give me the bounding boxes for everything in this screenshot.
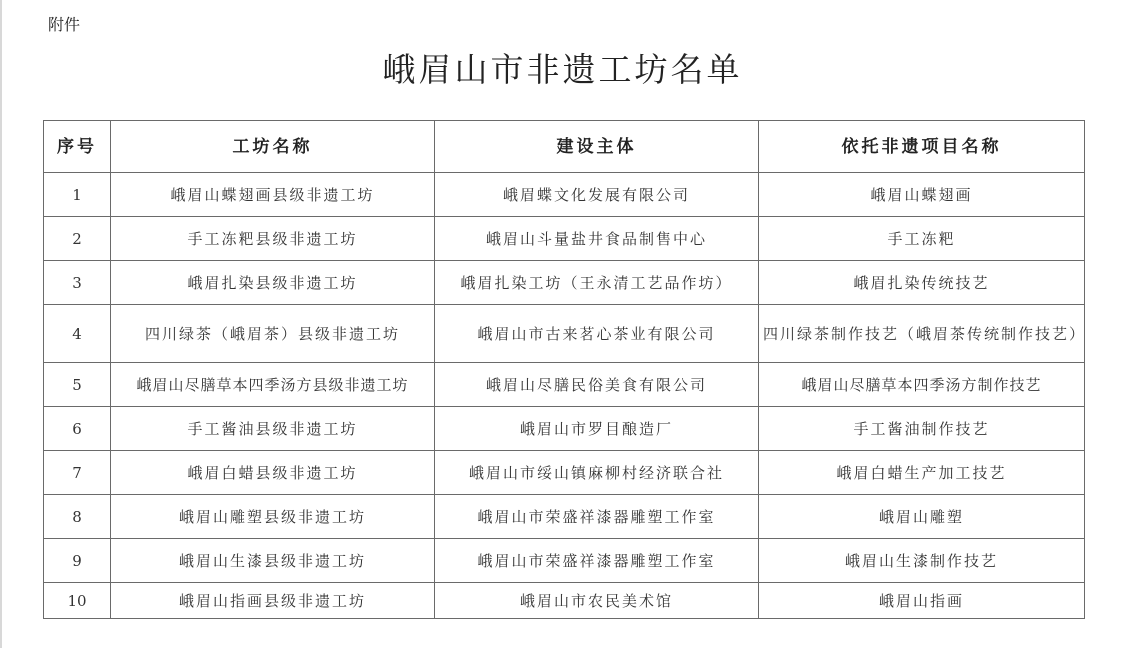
workshop-name: 四川绿茶（峨眉茶）县级非遗工坊 (111, 305, 435, 363)
row-number: 2 (44, 217, 111, 261)
row-number: 4 (44, 305, 111, 363)
table-row: 1 峨眉山蝶翅画县级非遗工坊 峨眉蝶文化发展有限公司 峨眉山蝶翅画 (44, 173, 1085, 217)
heritage-project: 峨眉山指画 (759, 583, 1085, 619)
table-row: 7 峨眉白蜡县级非遗工坊 峨眉山市绥山镇麻柳村经济联合社 峨眉白蜡生产加工技艺 (44, 451, 1085, 495)
builder: 峨眉山斗量盐井食品制售中心 (435, 217, 759, 261)
row-number: 7 (44, 451, 111, 495)
workshop-name: 峨眉山蝶翅画县级非遗工坊 (111, 173, 435, 217)
heritage-project: 四川绿茶制作技艺（峨眉茶传统制作技艺） (759, 305, 1085, 363)
table-header-row: 序号 工坊名称 建设主体 依托非遗项目名称 (44, 121, 1085, 173)
page-edge (0, 0, 2, 648)
builder: 峨眉山市荣盛祥漆器雕塑工作室 (435, 539, 759, 583)
builder: 峨眉山尽膳民俗美食有限公司 (435, 363, 759, 407)
heritage-project: 峨眉白蜡生产加工技艺 (759, 451, 1085, 495)
row-number: 6 (44, 407, 111, 451)
table-row: 4 四川绿茶（峨眉茶）县级非遗工坊 峨眉山市古来茗心茶业有限公司 四川绿茶制作技… (44, 305, 1085, 363)
heritage-project: 手工冻粑 (759, 217, 1085, 261)
table-row: 10 峨眉山指画县级非遗工坊 峨眉山市农民美术馆 峨眉山指画 (44, 583, 1085, 619)
builder: 峨眉扎染工坊（王永清工艺品作坊） (435, 261, 759, 305)
heritage-project: 峨眉山雕塑 (759, 495, 1085, 539)
builder: 峨眉山市农民美术馆 (435, 583, 759, 619)
row-number: 9 (44, 539, 111, 583)
table-row: 6 手工酱油县级非遗工坊 峨眉山市罗目酿造厂 手工酱油制作技艺 (44, 407, 1085, 451)
workshop-name: 手工酱油县级非遗工坊 (111, 407, 435, 451)
document-title: 峨眉山市非遗工坊名单 (0, 44, 1125, 91)
row-number: 10 (44, 583, 111, 619)
workshop-name: 手工冻粑县级非遗工坊 (111, 217, 435, 261)
row-number: 3 (44, 261, 111, 305)
workshop-name: 峨眉白蜡县级非遗工坊 (111, 451, 435, 495)
workshop-name: 峨眉山生漆县级非遗工坊 (111, 539, 435, 583)
builder: 峨眉山市绥山镇麻柳村经济联合社 (435, 451, 759, 495)
heritage-project: 峨眉山尽膳草本四季汤方制作技艺 (759, 363, 1085, 407)
builder: 峨眉山市罗目酿造厂 (435, 407, 759, 451)
header-number: 序号 (44, 121, 111, 173)
workshop-name: 峨眉山指画县级非遗工坊 (111, 583, 435, 619)
header-heritage-project: 依托非遗项目名称 (759, 121, 1085, 173)
heritage-project: 峨眉山生漆制作技艺 (759, 539, 1085, 583)
row-number: 8 (44, 495, 111, 539)
table-row: 5 峨眉山尽膳草本四季汤方县级非遗工坊 峨眉山尽膳民俗美食有限公司 峨眉山尽膳草… (44, 363, 1085, 407)
table-row: 8 峨眉山雕塑县级非遗工坊 峨眉山市荣盛祥漆器雕塑工作室 峨眉山雕塑 (44, 495, 1085, 539)
row-number: 1 (44, 173, 111, 217)
header-workshop-name: 工坊名称 (111, 121, 435, 173)
workshop-name: 峨眉山雕塑县级非遗工坊 (111, 495, 435, 539)
attachment-label: 附件 (48, 12, 80, 35)
table-row: 3 峨眉扎染县级非遗工坊 峨眉扎染工坊（王永清工艺品作坊） 峨眉扎染传统技艺 (44, 261, 1085, 305)
heritage-project: 峨眉扎染传统技艺 (759, 261, 1085, 305)
workshop-table: 序号 工坊名称 建设主体 依托非遗项目名称 1 峨眉山蝶翅画县级非遗工坊 峨眉蝶… (43, 120, 1085, 619)
builder: 峨眉山市古来茗心茶业有限公司 (435, 305, 759, 363)
builder: 峨眉蝶文化发展有限公司 (435, 173, 759, 217)
workshop-name: 峨眉山尽膳草本四季汤方县级非遗工坊 (111, 363, 435, 407)
table-row: 2 手工冻粑县级非遗工坊 峨眉山斗量盐井食品制售中心 手工冻粑 (44, 217, 1085, 261)
row-number: 5 (44, 363, 111, 407)
header-builder: 建设主体 (435, 121, 759, 173)
table-row: 9 峨眉山生漆县级非遗工坊 峨眉山市荣盛祥漆器雕塑工作室 峨眉山生漆制作技艺 (44, 539, 1085, 583)
workshop-name: 峨眉扎染县级非遗工坊 (111, 261, 435, 305)
heritage-project: 手工酱油制作技艺 (759, 407, 1085, 451)
heritage-project: 峨眉山蝶翅画 (759, 173, 1085, 217)
builder: 峨眉山市荣盛祥漆器雕塑工作室 (435, 495, 759, 539)
